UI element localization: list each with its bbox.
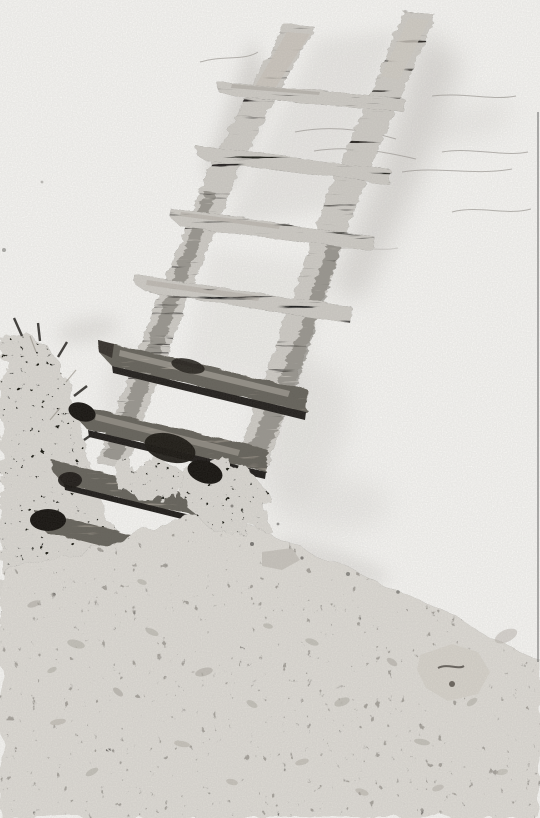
noise-layer (0, 0, 540, 818)
photo-ladder-against-wall (0, 0, 540, 818)
halftone-noise (0, 0, 540, 818)
photo-canvas (0, 0, 540, 818)
